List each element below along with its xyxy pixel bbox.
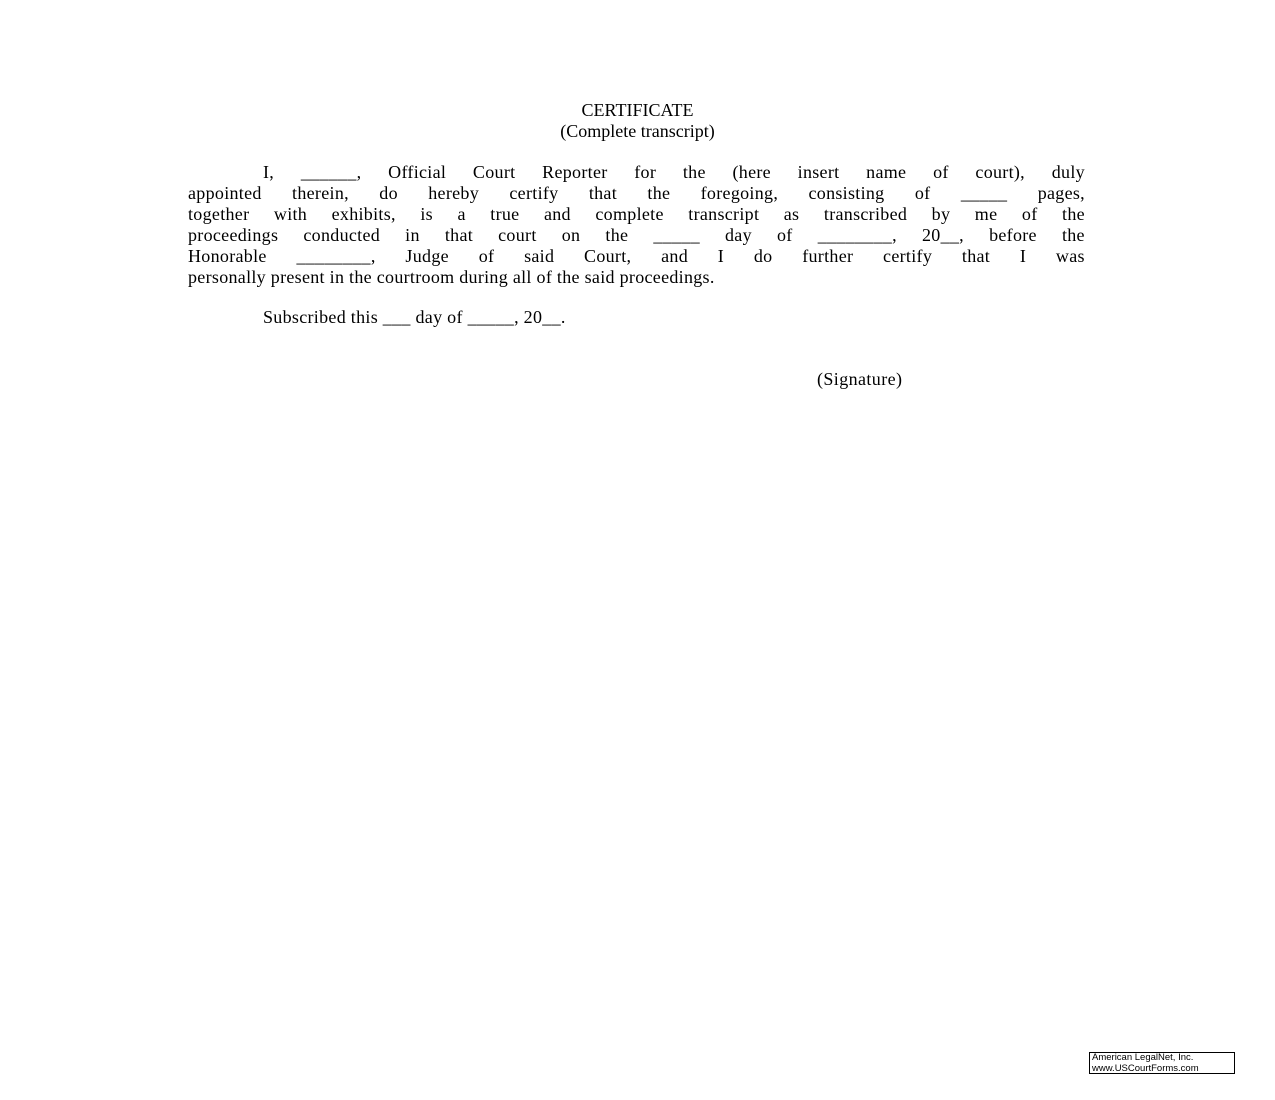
certificate-body: I,______,OfficialCourtReporterforthe(her… xyxy=(188,162,1085,288)
subscribed-line: Subscribed this ___ day of _____, 20__. xyxy=(263,307,566,328)
body-line: personally present in the courtroom duri… xyxy=(188,267,1085,288)
footer-company: American LegalNet, Inc. xyxy=(1092,1053,1234,1064)
body-line: proceedingsconductedinthatcourtonthe____… xyxy=(188,225,1085,246)
footer-badge: American LegalNet, Inc. www.USCourtForms… xyxy=(1089,1052,1235,1074)
certificate-title: CERTIFICATE xyxy=(0,100,1275,120)
body-line: I,______,OfficialCourtReporterforthe(her… xyxy=(188,162,1085,183)
certificate-subtitle: (Complete transcript) xyxy=(0,121,1275,141)
body-line: Honorable________,JudgeofsaidCourt,andId… xyxy=(188,246,1085,267)
body-line: appointedtherein,doherebycertifythatthef… xyxy=(188,183,1085,204)
body-line: togetherwithexhibits,isatrueandcompletet… xyxy=(188,204,1085,225)
signature-label: (Signature) xyxy=(817,369,902,390)
footer-website: www.USCourtForms.com xyxy=(1092,1064,1234,1075)
